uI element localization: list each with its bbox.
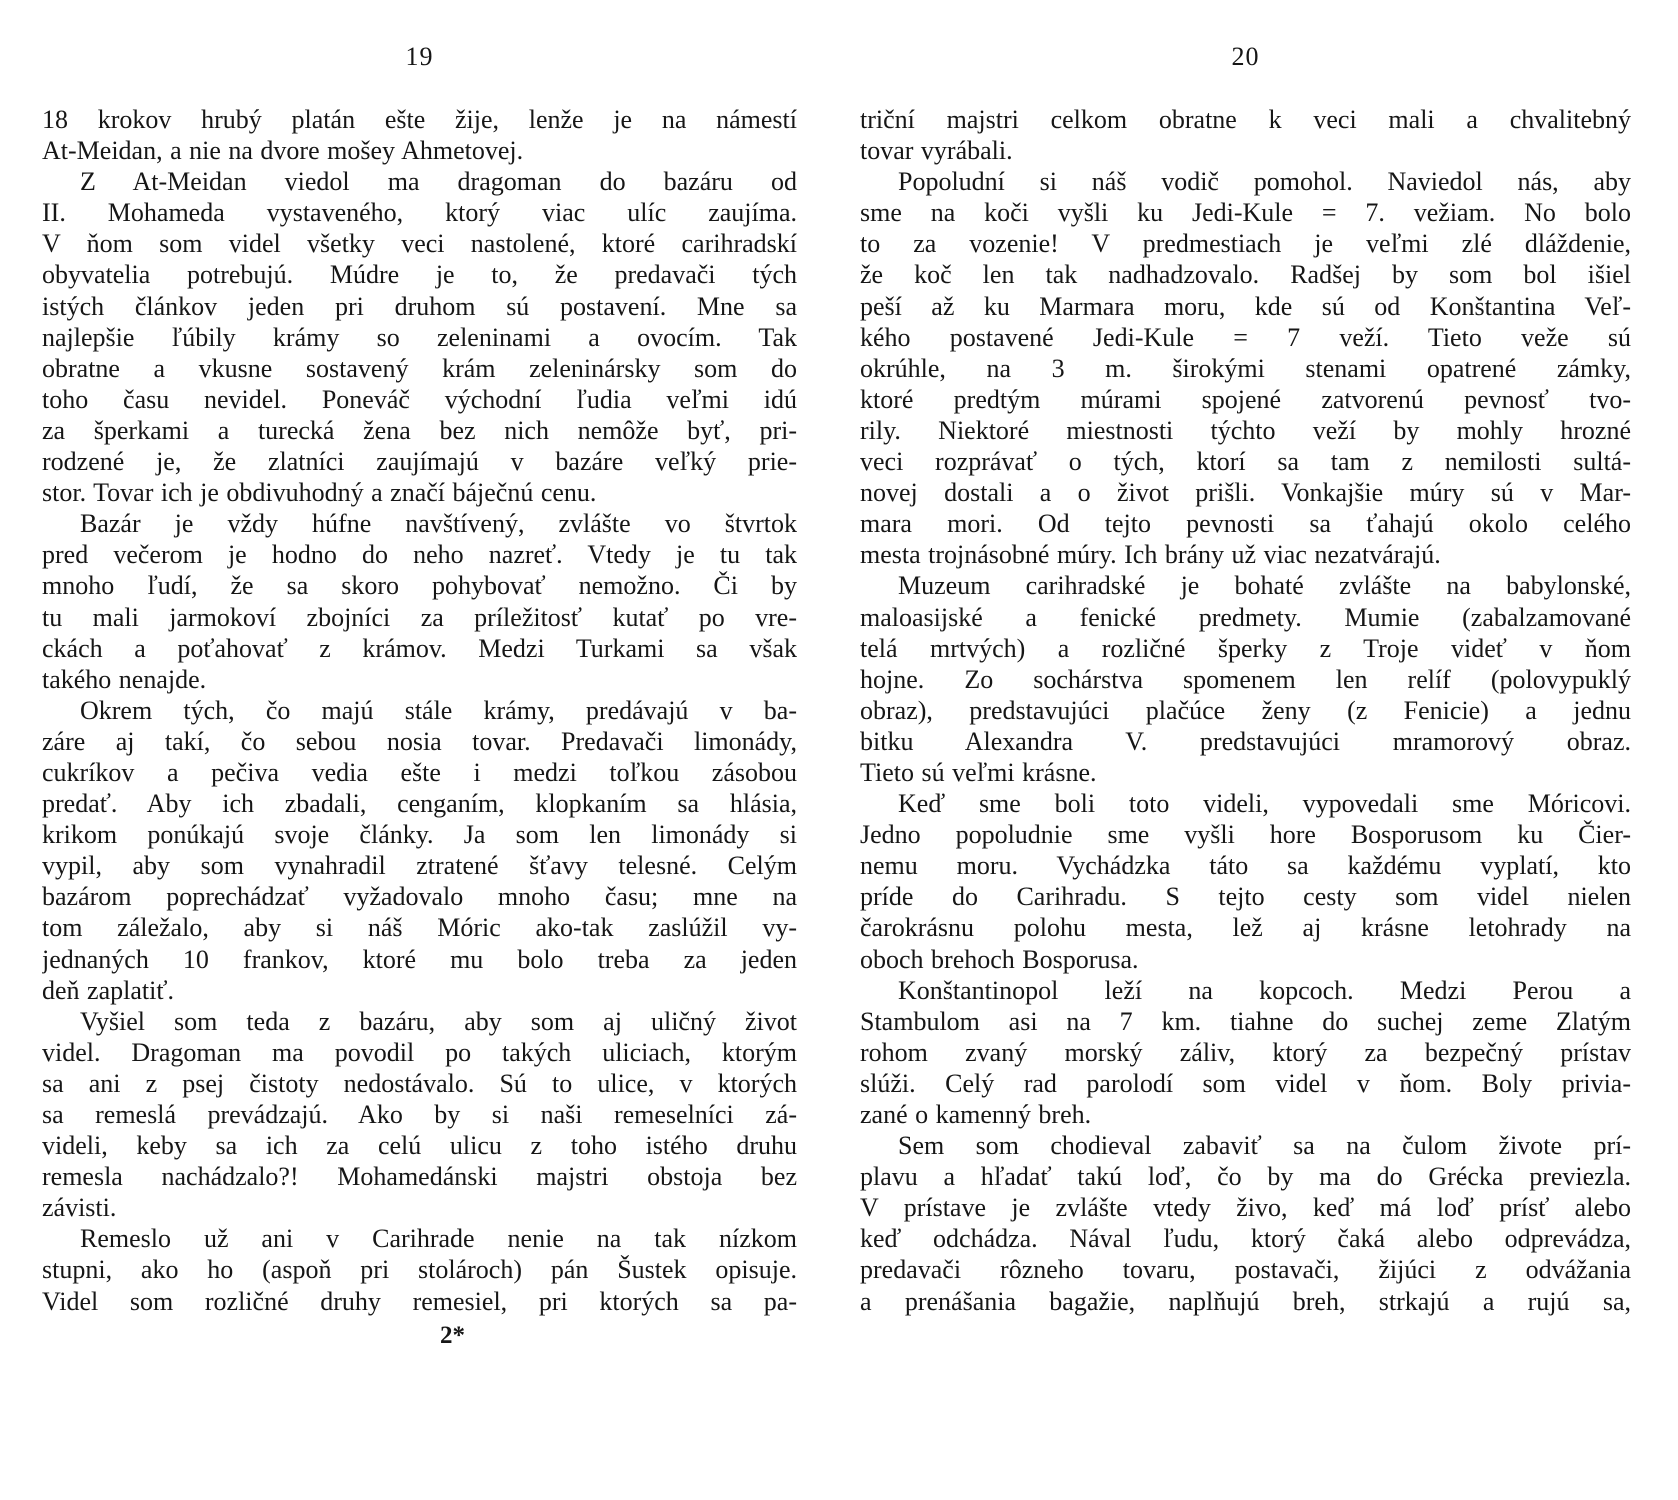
- text-line: obyvatelia potrebujú. Múdre je to, že pr…: [42, 259, 797, 290]
- text-line: novej dostali a o život prišli. Vonkajši…: [860, 477, 1631, 508]
- text-line: a prenášania bagažie, naplňujú breh, str…: [860, 1286, 1631, 1317]
- text-line: príde do Carihradu. S tejto cesty som vi…: [860, 881, 1631, 912]
- text-line: II. Mohameda vystaveného, ktorý viac ulí…: [42, 197, 797, 228]
- text-line: Jedno popoludnie sme vyšli hore Bosporus…: [860, 819, 1631, 850]
- text-line: vypil, aby som vynahradil ztratené šťavy…: [42, 850, 797, 881]
- text-line: Videl som rozličné druhy remesiel, pri k…: [42, 1286, 797, 1317]
- text-line: At-Meidan, a nie na dvore mošey Ahmetove…: [42, 135, 797, 166]
- text-line: Okrem tých, čo majú stále krámy, predáva…: [42, 695, 797, 726]
- text-line: zané o kamenný breh.: [860, 1099, 1631, 1130]
- text-line: bazárom poprechádzať vyžadovalo mnoho ča…: [42, 881, 797, 912]
- text-line: jednaných 10 frankov, ktoré mu bolo treb…: [42, 944, 797, 975]
- page-19-text-column: 18 krokov hrubý platán ešte žije, lenže …: [42, 104, 797, 1317]
- text-line: toho času nevidel. Poneváč východní ľudi…: [42, 384, 797, 415]
- text-line: oboch brehoch Bosporusa.: [860, 944, 1631, 975]
- text-line: rodzené je, že zlatníci zaujímajú v bazá…: [42, 446, 797, 477]
- text-line: veci rozprávať o tých, ktorí sa tam z ne…: [860, 446, 1631, 477]
- text-line: Sem som chodieval zabaviť sa na čulom ži…: [860, 1130, 1631, 1161]
- text-line: triční majstri celkom obratne k veci mal…: [860, 104, 1631, 135]
- text-line: okrúhle, na 3 m. širokými stenami opatre…: [860, 353, 1631, 384]
- text-line: peší až ku Marmara moru, kde sú od Konšt…: [860, 291, 1631, 322]
- text-line: slúži. Celý rad parolodí som videl v ňom…: [860, 1068, 1631, 1099]
- text-line: stupni, ako ho (aspoň pri stolároch) pán…: [42, 1254, 797, 1285]
- text-line: rohom zvaný morský záliv, ktorý za bezpe…: [860, 1037, 1631, 1068]
- text-line: nemu moru. Vychádzka táto sa každému vyp…: [860, 850, 1631, 881]
- text-line: stor. Tovar ich je obdivuhodný a značí b…: [42, 477, 797, 508]
- text-line: kého postavené Jedi-Kule = 7 veží. Tieto…: [860, 322, 1631, 353]
- text-line: plavu a hľadať takú loď, čo by ma do Gré…: [860, 1161, 1631, 1192]
- text-line: Muzeum carihradské je bohaté zvlášte na …: [860, 570, 1631, 601]
- text-line: keď odchádza. Nával ľudu, ktorý čaká ale…: [860, 1223, 1631, 1254]
- text-line: krikom ponúkajú svoje články. Ja som len…: [42, 819, 797, 850]
- page-number-right: 20: [860, 42, 1631, 72]
- text-line: mnoho ľudí, že sa skoro pohybovať nemožn…: [42, 570, 797, 601]
- text-line: predavači rôzneho tovaru, postavači, žij…: [860, 1254, 1631, 1285]
- text-line: remesla nachádzalo?! Mohamedánski majstr…: [42, 1161, 797, 1192]
- text-line: V prístave je zvlášte vtedy živo, keď má…: [860, 1192, 1631, 1223]
- signature-mark: 2*: [440, 1322, 465, 1350]
- text-line: najlepšie ľúbily krámy so zeleninami a o…: [42, 322, 797, 353]
- text-line: Stambulom asi na 7 km. tiahne do suchej …: [860, 1006, 1631, 1037]
- text-line: mara mori. Od tejto pevnosti sa ťahajú o…: [860, 508, 1631, 539]
- text-line: 18 krokov hrubý platán ešte žije, lenže …: [42, 104, 797, 135]
- page-20-text-column: triční majstri celkom obratne k veci mal…: [860, 104, 1631, 1317]
- text-line: to za vozenie! V predmestiach je veľmi z…: [860, 228, 1631, 259]
- text-line: istých článkov jeden pri druhom sú posta…: [42, 291, 797, 322]
- text-line: závisti.: [42, 1192, 797, 1223]
- text-line: tu mali jarmokoví zbojníci za príležitos…: [42, 602, 797, 633]
- text-line: V ňom som videl všetky veci nastolené, k…: [42, 228, 797, 259]
- text-line: sme na koči vyšli ku Jedi-Kule = 7. veži…: [860, 197, 1631, 228]
- text-line: rily. Niektoré miestnosti týchto veží by…: [860, 415, 1631, 446]
- text-line: pred večerom je hodno do neho nazreť. Vt…: [42, 539, 797, 570]
- text-line: telá mrtvých) a rozličné šperky z Troje …: [860, 633, 1631, 664]
- text-line: predať. Aby ich zbadali, cenganím, klopk…: [42, 788, 797, 819]
- text-line: Remeslo už ani v Carihrade nenie na tak …: [42, 1223, 797, 1254]
- text-line: videl. Dragoman ma povodil po takých uli…: [42, 1037, 797, 1068]
- text-line: sa remeslá prevádzajú. Ako by si naši re…: [42, 1099, 797, 1130]
- text-line: Bazár je vždy húfne navštívený, zvlášte …: [42, 508, 797, 539]
- text-line: Z At-Meidan viedol ma dragoman do bazáru…: [42, 166, 797, 197]
- text-line: čarokrásnu polohu mesta, lež aj krásne l…: [860, 912, 1631, 943]
- page-19: 19 18 krokov hrubý platán ešte žije, len…: [42, 0, 797, 1500]
- text-line: za šperkami a turecká žena bez nich nemô…: [42, 415, 797, 446]
- text-line: Keď sme boli toto videli, vypovedali sme…: [860, 788, 1631, 819]
- text-line: že koč len tak nadhadzovalo. Radšej by s…: [860, 259, 1631, 290]
- text-line: sa ani z psej čistoty nedostávalo. Sú to…: [42, 1068, 797, 1099]
- text-line: ktoré predtým múrami spojené zatvorenú p…: [860, 384, 1631, 415]
- page-20: 20 triční majstri celkom obratne k veci …: [860, 0, 1631, 1500]
- text-line: Popoludní si náš vodič pomohol. Naviedol…: [860, 166, 1631, 197]
- text-line: hojne. Zo sochárstva spomenem len relíf …: [860, 664, 1631, 695]
- text-line: deň zaplatiť.: [42, 975, 797, 1006]
- text-line: cukríkov a pečiva vedia ešte i medzi toľ…: [42, 757, 797, 788]
- text-line: tom záležalo, aby si náš Móric ako-tak z…: [42, 912, 797, 943]
- text-line: obratne a vkusne sostavený krám zeleniná…: [42, 353, 797, 384]
- text-line: záre aj takí, čo sebou nosia tovar. Pred…: [42, 726, 797, 757]
- text-line: Tieto sú veľmi krásne.: [860, 757, 1631, 788]
- text-line: mesta trojnásobné múry. Ich brány už via…: [860, 539, 1631, 570]
- text-line: tovar vyrábali.: [860, 135, 1631, 166]
- page-number-left: 19: [42, 42, 797, 72]
- text-line: Konštantinopol leží na kopcoch. Medzi Pe…: [860, 975, 1631, 1006]
- text-line: maloasijské a fenické predmety. Mumie (z…: [860, 602, 1631, 633]
- text-line: ckách a poťahovať z krámov. Medzi Turkam…: [42, 633, 797, 664]
- text-line: videli, keby sa ich za celú ulicu z toho…: [42, 1130, 797, 1161]
- text-line: obraz), predstavujúci plačúce ženy (z Fe…: [860, 695, 1631, 726]
- text-line: takého nenajde.: [42, 664, 797, 695]
- text-line: bitku Alexandra V. predstavujúci mramoro…: [860, 726, 1631, 757]
- text-line: Vyšiel som teda z bazáru, aby som aj uli…: [42, 1006, 797, 1037]
- book-spread: 19 18 krokov hrubý platán ešte žije, len…: [0, 0, 1678, 1500]
